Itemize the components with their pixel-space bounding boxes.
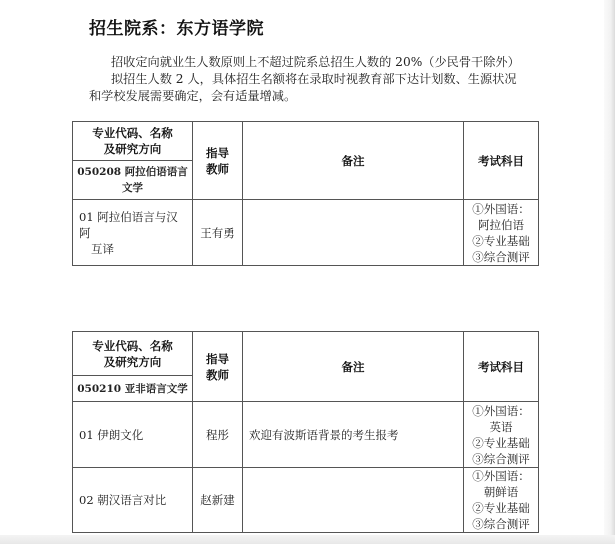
major-code-name: 050210 亚非语言文学	[73, 376, 193, 402]
research-direction: 01 阿拉伯语言与汉阿 互译	[73, 200, 193, 266]
header-remark: 备注	[243, 122, 464, 200]
paragraph-enrollment-count: 拟招生人数 2 人，具体招生名额将在录取时视教育部下达计划数、生源状况	[111, 71, 581, 88]
advisor-name: 王有勇	[193, 200, 243, 266]
research-direction: 01 伊朗文化	[73, 402, 193, 468]
exam-subjects: ①外国语： 朝鲜语 ②专业基础 ③综合测评	[464, 468, 539, 533]
remark-cell	[243, 468, 464, 533]
research-direction: 02 朝汉语言对比	[73, 468, 193, 533]
table-row: 01 阿拉伯语言与汉阿 互译 王有勇 ①外国语： 阿拉伯语 ②专业基础 ③综合测…	[73, 200, 539, 266]
header-subjects: 考试科目	[464, 122, 539, 200]
header-major: 专业代码、名称 及研究方向	[73, 332, 193, 376]
table-row: 01 伊朗文化 程彤 欢迎有波斯语背景的考生报考 ①外国语： 英语 ②专业基础 …	[73, 402, 539, 468]
advisor-name: 程彤	[193, 402, 243, 468]
exam-subjects: ①外国语： 英语 ②专业基础 ③综合测评	[464, 402, 539, 468]
page-bottom-edge	[0, 535, 615, 544]
paragraph-quota-rule: 招收定向就业生人数原则上不超过院系总招生人数的 20%（少民骨干除外）	[111, 54, 581, 71]
table-row: 02 朝汉语言对比 赵新建 ①外国语： 朝鲜语 ②专业基础 ③综合测评	[73, 468, 539, 533]
exam-subjects: ①外国语： 阿拉伯语 ②专业基础 ③综合测评	[464, 200, 539, 266]
document-page: 招生院系：东方语学院 招收定向就业生人数原则上不超过院系总招生人数的 20%（少…	[0, 0, 604, 536]
header-advisor: 指导 教师	[193, 122, 243, 200]
header-major: 专业代码、名称 及研究方向	[73, 122, 193, 161]
paragraph-enrollment-count-cont: 和学校发展需要确定，会有适量增减。	[89, 88, 559, 105]
enrollment-table-arabic: 专业代码、名称 及研究方向 指导 教师 备注 考试科目 050208 阿拉伯语语…	[72, 121, 539, 266]
remark-cell: 欢迎有波斯语背景的考生报考	[243, 402, 464, 468]
page-title: 招生院系：东方语学院	[89, 14, 264, 39]
vertical-scrollbar[interactable]	[604, 0, 615, 544]
header-subjects: 考试科目	[464, 332, 539, 402]
major-code-name: 050208 阿拉伯语语言 文学	[73, 161, 193, 200]
enrollment-table-afro-asian: 专业代码、名称 及研究方向 指导 教师 备注 考试科目 050210 亚非语言文…	[72, 331, 539, 533]
remark-cell	[243, 200, 464, 266]
header-advisor: 指导 教师	[193, 332, 243, 402]
header-remark: 备注	[243, 332, 464, 402]
advisor-name: 赵新建	[193, 468, 243, 533]
